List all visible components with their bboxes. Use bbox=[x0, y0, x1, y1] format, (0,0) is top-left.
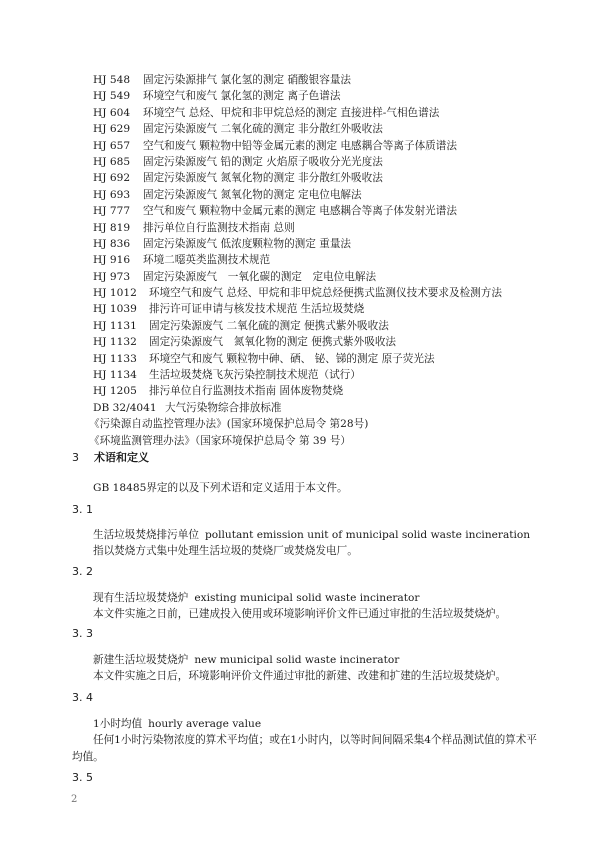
reference-code: HJ 1039 bbox=[93, 301, 141, 317]
term-number: 3. 1 bbox=[72, 503, 93, 516]
reference-code: HJ 1134 bbox=[93, 367, 141, 383]
reference-item: HJ 629固定污染源废气 二氧化硫的测定 非分散红外吸收法 bbox=[93, 121, 573, 137]
reference-item: HJ 1132固定污染源废气 氮氧化物的测定 便携式紫外吸收法 bbox=[93, 334, 573, 350]
reference-item: HJ 1039排污许可证申请与核发技术规范 生活垃圾焚烧 bbox=[93, 301, 573, 317]
reference-item: HJ 549环境空气和废气 氯化氢的测定 离子色谱法 bbox=[93, 88, 573, 104]
reference-title: 排污单位自行监测技术指南 固体废物焚烧 bbox=[149, 385, 343, 397]
reference-title: 空气和废气 颗粒物中金属元素的测定 电感耦合等离子体发射光谱法 bbox=[143, 205, 457, 217]
term-number: 3. 5 bbox=[72, 771, 93, 784]
reference-title: 固定污染源废气 二氧化硫的测定 非分散红外吸收法 bbox=[143, 123, 383, 135]
term-en: pollutant emission unit of municipal sol… bbox=[205, 529, 530, 541]
reference-title: 大气污染物综合排放标准 bbox=[165, 402, 282, 414]
reference-item: DB 32/4041大气污染物综合排放标准 bbox=[93, 400, 573, 416]
reference-code: HJ 1131 bbox=[93, 318, 141, 334]
reference-title: 排污单位自行监测技术指南 总则 bbox=[143, 222, 295, 234]
reference-code: HJ 973 bbox=[93, 269, 135, 285]
law-reference: 《污染源自动监控管理办法》(国家环境保护总局令 第28号) bbox=[89, 416, 573, 432]
reference-title: 固定污染源废气 一氧化碳的测定 定电位电解法 bbox=[143, 271, 376, 283]
reference-code: HJ 1133 bbox=[93, 351, 141, 367]
reference-title: 固定污染源废气 氮氧化物的测定 便携式紫外吸收法 bbox=[149, 336, 396, 348]
reference-code: DB 32/4041 bbox=[93, 400, 157, 416]
reference-code: HJ 777 bbox=[93, 203, 135, 219]
term-zh: 新建生活垃圾焚烧炉 bbox=[93, 654, 188, 666]
reference-code: HJ 1132 bbox=[93, 334, 141, 350]
term-definition: 指以焚烧方式集中处理生活垃圾的焚烧厂或焚烧发电厂。 bbox=[93, 543, 358, 560]
term-zh: 现有生活垃圾焚烧炉 bbox=[93, 592, 188, 604]
reference-code: HJ 548 bbox=[93, 72, 135, 88]
reference-code: HJ 685 bbox=[93, 154, 135, 170]
reference-code: HJ 836 bbox=[93, 236, 135, 252]
reference-item: HJ 1134生活垃圾焚烧飞灰污染控制技术规范（试行） bbox=[93, 367, 573, 383]
section-intro: GB 18485界定的以及下列术语和定义适用于本文件。 bbox=[93, 480, 348, 496]
section-heading: 3术语和定义 bbox=[72, 449, 149, 465]
reference-item: HJ 819排污单位自行监测技术指南 总则 bbox=[93, 220, 573, 236]
term-number: 3. 3 bbox=[72, 627, 93, 640]
term-definition: 本文件实施之日后，环境影响评价文件通过审批的新建、改建和扩建的生活垃圾焚烧炉。 bbox=[93, 668, 506, 685]
reference-title: 固定污染源废气 铅的测定 火焰原子吸收分光光度法 bbox=[143, 156, 383, 168]
term-name: 1小时均值hourly average value bbox=[93, 716, 261, 733]
reference-item: HJ 1012环境空气和废气 总烃、甲烷和非甲烷总烃便携式监测仪技术要求及检测方… bbox=[93, 285, 573, 301]
page-number: 2 bbox=[71, 794, 77, 805]
reference-code: HJ 1205 bbox=[93, 383, 141, 399]
reference-item: HJ 685固定污染源废气 铅的测定 火焰原子吸收分光光度法 bbox=[93, 154, 573, 170]
reference-code: HJ 692 bbox=[93, 170, 135, 186]
reference-code: HJ 693 bbox=[93, 187, 135, 203]
reference-item: HJ 548固定污染源排气 氯化氢的测定 硝酸银容量法 bbox=[93, 72, 573, 88]
term-en: new municipal solid waste incinerator bbox=[194, 654, 399, 666]
reference-item: HJ 836固定污染源废气 低浓度颗粒物的测定 重量法 bbox=[93, 236, 573, 252]
reference-item: HJ 692固定污染源废气 氮氧化物的测定 非分散红外吸收法 bbox=[93, 170, 573, 186]
reference-item: HJ 1133环境空气和废气 颗粒物中砷、硒、 铋、锑的测定 原子荧光法 bbox=[93, 351, 573, 367]
reference-title: 环境二噁英类监测技术规范 bbox=[143, 254, 270, 266]
reference-item: HJ 777空气和废气 颗粒物中金属元素的测定 电感耦合等离子体发射光谱法 bbox=[93, 203, 573, 219]
reference-title: 固定污染源废气 氮氧化物的测定 非分散红外吸收法 bbox=[143, 172, 383, 184]
term-zh: 1小时均值 bbox=[93, 718, 142, 730]
term-en: existing municipal solid waste incinerat… bbox=[194, 592, 419, 604]
reference-code: HJ 819 bbox=[93, 220, 135, 236]
reference-item: HJ 973固定污染源废气 一氧化碳的测定 定电位电解法 bbox=[93, 269, 573, 285]
section-number: 3 bbox=[72, 451, 94, 464]
reference-title: 环境空气和废气 总烃、甲烷和非甲烷总烃便携式监测仪技术要求及检测方法 bbox=[149, 287, 502, 299]
term-zh: 生活垃圾焚烧排污单位 bbox=[93, 529, 199, 541]
term-definition: 任何1小时污染物浓度的算术平均值；或在1小时内，以等时间间隔采集4个样品测试值的… bbox=[72, 732, 542, 766]
reference-title: 固定污染源废气 二氧化硫的测定 便携式紫外吸收法 bbox=[149, 320, 389, 332]
section-title: 术语和定义 bbox=[94, 451, 149, 464]
reference-code: HJ 1012 bbox=[93, 285, 141, 301]
document-page: HJ 548固定污染源排气 氯化氢的测定 硝酸银容量法 HJ 549环境空气和废… bbox=[0, 0, 600, 848]
term-en: hourly average value bbox=[148, 718, 261, 730]
term-name: 生活垃圾焚烧排污单位pollutant emission unit of mun… bbox=[93, 527, 530, 544]
term-name: 现有生活垃圾焚烧炉existing municipal solid waste … bbox=[93, 590, 419, 607]
reference-code: HJ 604 bbox=[93, 105, 135, 121]
term-definition: 本文件实施之日前，已建成投入使用或环境影响评价文件已通过审批的生活垃圾焚烧炉。 bbox=[93, 606, 506, 623]
reference-item: HJ 1205排污单位自行监测技术指南 固体废物焚烧 bbox=[93, 383, 573, 399]
reference-title: 环境空气 总烃、甲烷和非甲烷总烃的测定 直接进样-气相色谱法 bbox=[143, 107, 439, 119]
reference-item: HJ 657空气和废气 颗粒物中铅等金属元素的测定 电感耦合等离子体质谱法 bbox=[93, 138, 573, 154]
reference-item: HJ 1131固定污染源废气 二氧化硫的测定 便携式紫外吸收法 bbox=[93, 318, 573, 334]
reference-title: 空气和废气 颗粒物中铅等金属元素的测定 电感耦合等离子体质谱法 bbox=[143, 140, 457, 152]
reference-item: HJ 604环境空气 总烃、甲烷和非甲烷总烃的测定 直接进样-气相色谱法 bbox=[93, 105, 573, 121]
term-number: 3. 2 bbox=[72, 565, 93, 578]
reference-code: HJ 549 bbox=[93, 88, 135, 104]
term-number: 3. 4 bbox=[72, 691, 93, 704]
term-name: 新建生活垃圾焚烧炉new municipal solid waste incin… bbox=[93, 652, 399, 669]
reference-title: 固定污染源废气 氮氧化物的测定 定电位电解法 bbox=[143, 189, 362, 201]
reference-code: HJ 629 bbox=[93, 121, 135, 137]
reference-title: 固定污染源废气 低浓度颗粒物的测定 重量法 bbox=[143, 238, 351, 250]
reference-title: 固定污染源排气 氯化氢的测定 硝酸银容量法 bbox=[143, 74, 351, 86]
reference-code: HJ 657 bbox=[93, 138, 135, 154]
normative-references-list: HJ 548固定污染源排气 氯化氢的测定 硝酸银容量法 HJ 549环境空气和废… bbox=[93, 72, 573, 449]
reference-item: HJ 693固定污染源废气 氮氧化物的测定 定电位电解法 bbox=[93, 187, 573, 203]
reference-title: 环境空气和废气 氯化氢的测定 离子色谱法 bbox=[143, 90, 340, 102]
reference-title: 排污许可证申请与核发技术规范 生活垃圾焚烧 bbox=[149, 303, 364, 315]
reference-code: HJ 916 bbox=[93, 252, 135, 268]
law-reference: 《环境监测管理办法》（国家环境保护总局令 第 39 号） bbox=[89, 433, 573, 449]
reference-title: 环境空气和废气 颗粒物中砷、硒、 铋、锑的测定 原子荧光法 bbox=[149, 353, 435, 365]
reference-item: HJ 916环境二噁英类监测技术规范 bbox=[93, 252, 573, 268]
reference-title: 生活垃圾焚烧飞灰污染控制技术规范（试行） bbox=[149, 369, 361, 381]
